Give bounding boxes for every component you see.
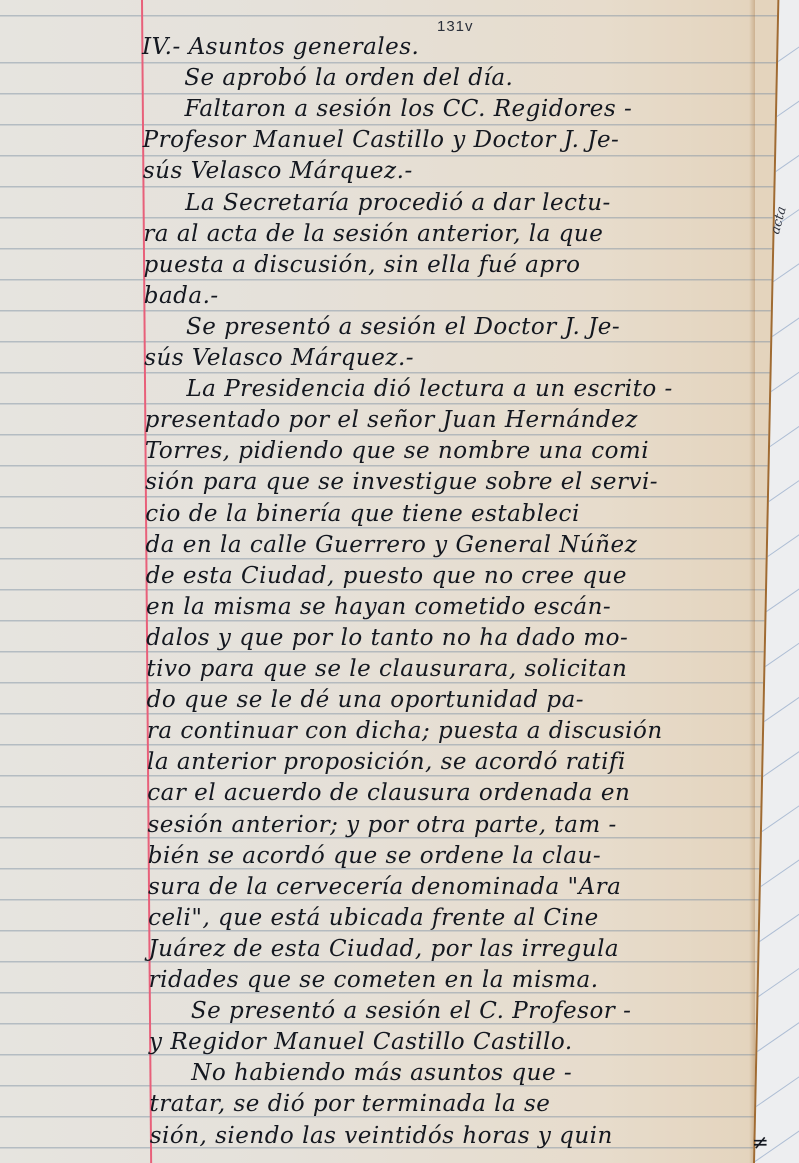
text-line: bién se acordó que se ordene la clau- bbox=[148, 843, 601, 869]
text-line: Faltaron a sesión los CC. Regidores - bbox=[142, 96, 632, 122]
folio-number: 131v bbox=[437, 18, 474, 35]
text-line: sura de la cervecería denominada "Ara bbox=[148, 874, 621, 900]
text-line: tivo para que se le clausurara, solicita… bbox=[146, 656, 627, 682]
text-line: puesta a discusión, sin ella fué apro bbox=[144, 252, 581, 278]
page-edge-shadow bbox=[749, 0, 755, 1163]
text-line: y Regidor Manuel Castillo Castillo. bbox=[149, 1029, 573, 1055]
text-line: sión, siendo las veintidós horas y quin bbox=[150, 1123, 613, 1149]
text-line: do que se le dé una oportunidad pa- bbox=[147, 687, 584, 713]
text-line: Se presentó a sesión el Doctor J. Je- bbox=[144, 314, 620, 340]
text-line: Se aprobó la orden del día. bbox=[142, 65, 513, 91]
text-line: ra continuar con dicha; puesta a discusi… bbox=[147, 718, 663, 744]
text-line: ridades que se cometen en la misma. bbox=[149, 967, 599, 993]
text-line: da en la calle Guerrero y General Núñez bbox=[146, 532, 638, 558]
text-line: de esta Ciudad, puesto que no cree que bbox=[146, 563, 627, 589]
text-line: sús Velasco Márquez.- bbox=[144, 345, 414, 371]
text-line: sús Velasco Márquez.- bbox=[143, 158, 413, 184]
text-line: sión para que se investigue sobre el ser… bbox=[145, 469, 658, 495]
text-line: Profesor Manuel Castillo y Doctor J. Je- bbox=[143, 127, 620, 153]
section-heading: IV.- Asuntos generales. bbox=[142, 34, 419, 60]
text-line: tratar, se dió por terminada la se bbox=[149, 1091, 550, 1117]
text-line: en la misma se hayan cometido escán- bbox=[146, 594, 611, 620]
text-line: Se presentó a sesión el C. Profesor - bbox=[149, 998, 632, 1024]
text-line: La Secretaría procedió a dar lectu- bbox=[143, 190, 611, 216]
ledger-page: 131v IV.- Asuntos generales.Se aprobó la… bbox=[0, 0, 799, 1163]
text-line: bada.- bbox=[144, 283, 219, 309]
text-line: sesión anterior; y por otra parte, tam - bbox=[148, 812, 617, 838]
text-line: Juárez de esta Ciudad, por las irregula bbox=[148, 936, 619, 962]
text-line: la anterior proposición, se acordó ratif… bbox=[147, 749, 626, 775]
text-line: Torres, pidiendo que se nombre una comi bbox=[145, 438, 649, 464]
text-line: presentado por el señor Juan Hernández bbox=[145, 407, 638, 433]
text-line: La Presidencia dió lectura a un escrito … bbox=[144, 376, 672, 402]
text-line: celi", que está ubicada frente al Cine bbox=[148, 905, 599, 931]
text-line: ra al acta de la sesión anterior, la que bbox=[143, 221, 603, 247]
text-line: No habiendo más asuntos que - bbox=[149, 1060, 572, 1086]
text-line: dalos y que por lo tanto no ha dado mo- bbox=[146, 625, 628, 651]
text-line: car el acuerdo de clausura ordenada en bbox=[147, 780, 630, 806]
text-line: cio de la binería que tiene estableci bbox=[145, 501, 580, 527]
end-mark: ≠ bbox=[752, 1130, 769, 1154]
